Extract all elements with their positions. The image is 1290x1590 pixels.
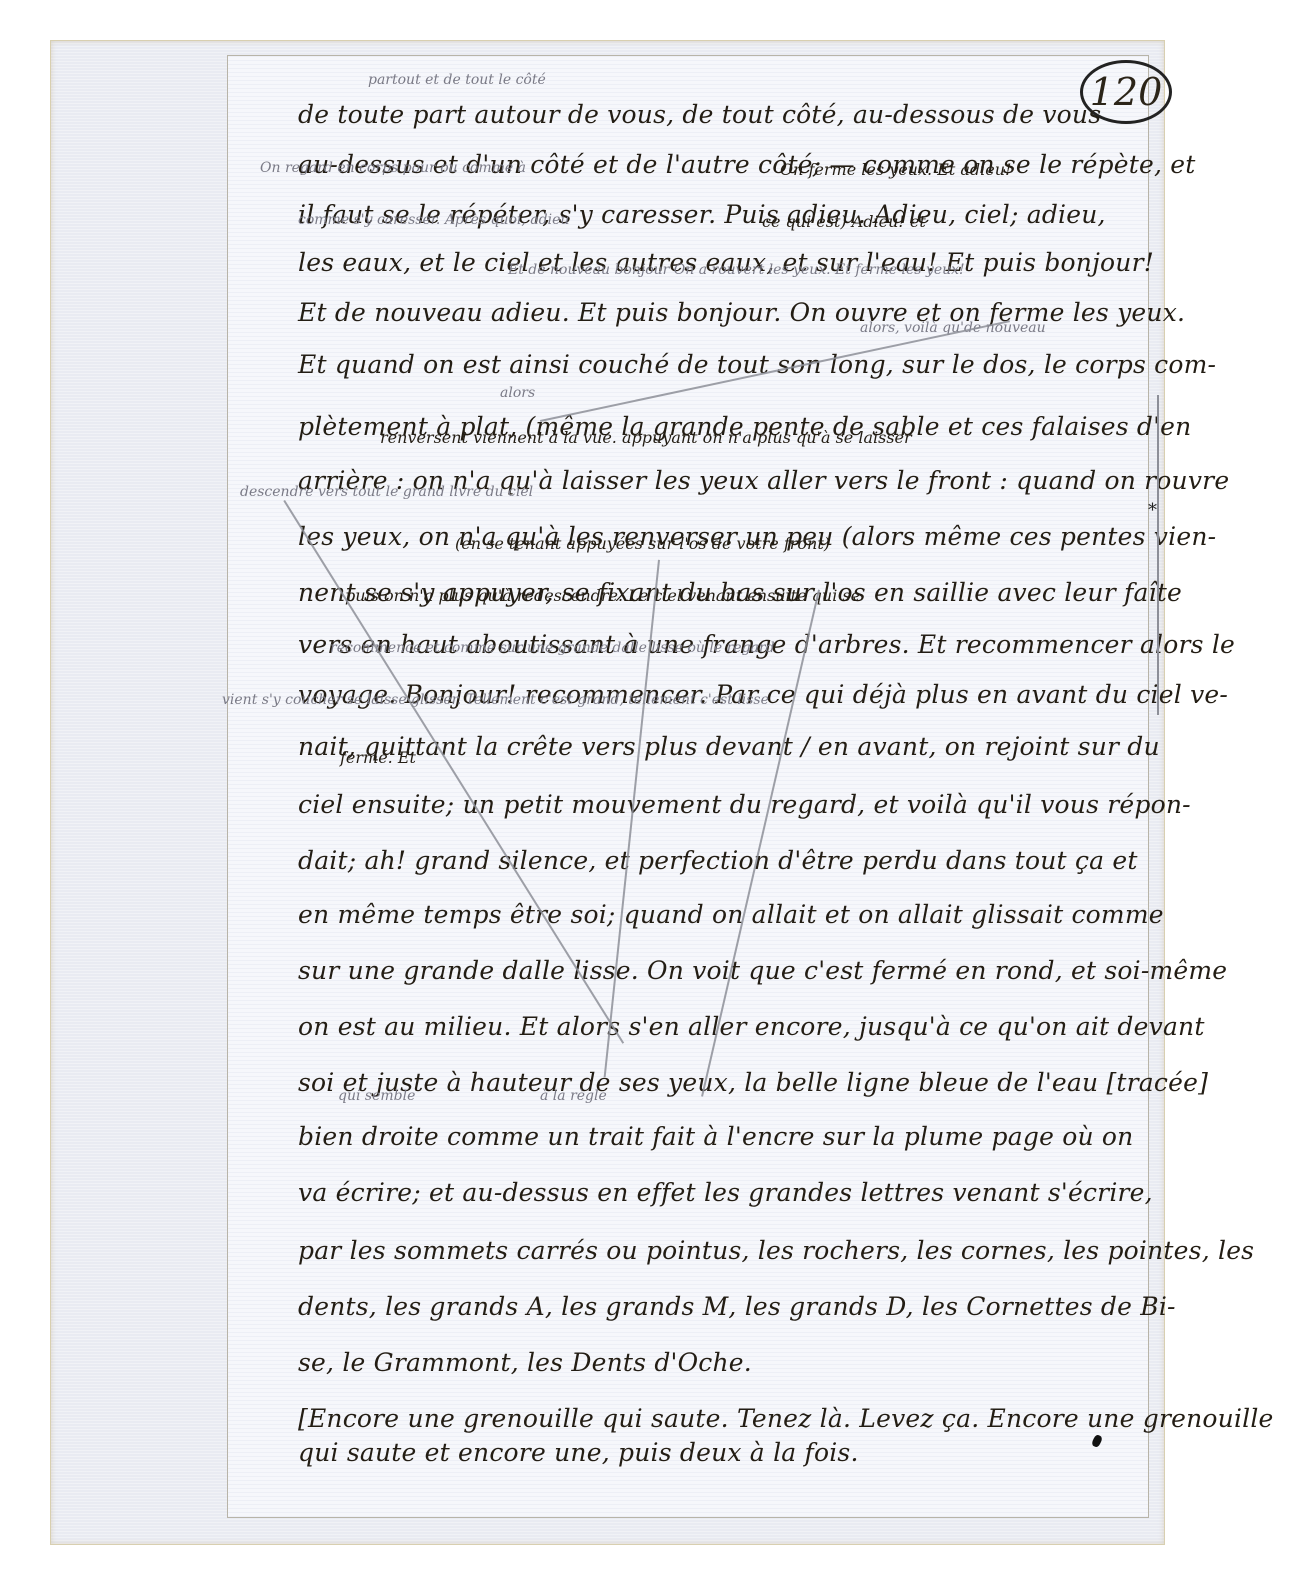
interlinear-note: fermé. Et [340,748,416,767]
interlinear-note: alors [500,385,535,401]
manuscript-line: va écrire; et au-dessus en effet les gra… [298,1178,1153,1207]
interlinear-note: comme s'y caresser. Après quoi, adieu [298,212,569,228]
interlinear-note: Et de nouveau bonjour On a rouvert les y… [508,262,965,278]
interlinear-note: puis on n'a plus qu'à redescendre. Le ci… [345,586,860,605]
asterisk-mark: * [1148,500,1157,521]
interlinear-note: qui semble [338,1088,415,1104]
interlinear-note: recommence et comme sur une grande dalle… [330,640,775,656]
manuscript-line: [Encore une grenouille qui saute. Tenez … [298,1404,1274,1433]
interlinear-note: On regard en corps pour ou comme à [260,160,526,176]
manuscript-line: bien droite comme un trait fait à l'encr… [298,1122,1133,1151]
interlinear-note: renversent viennent à la vue. appuyant o… [380,428,912,447]
manuscript-line: on est au milieu. Et alors s'en aller en… [298,1012,1205,1041]
manuscript-line: dents, les grands A, les grands M, les g… [298,1292,1176,1321]
interlinear-note: partout et de tout le côté [368,72,546,88]
manuscript-line: sur une grande dalle lisse. On voit que … [298,956,1227,985]
manuscript-line: ciel ensuite; un petit mouvement du rega… [298,790,1191,819]
manuscript-line: de toute part autour de vous, de tout cô… [298,100,1101,129]
manuscript-line: soi et juste à hauteur de ses yeux, la b… [298,1068,1208,1097]
manuscript-line: en même temps être soi; quand on allait … [298,900,1164,929]
manuscript-line: qui saute et encore une, puis deux à la … [298,1438,859,1467]
interlinear-note: vient s'y coucher se laisse glisser. Tel… [222,692,769,708]
interlinear-note: (en se tenant appuyées sur l'os de votre… [455,534,830,553]
interlinear-note: On ferme les yeux. Et adieu! [780,160,1011,179]
interlinear-note: ce qui est) Adieu! et [762,212,926,231]
right-margin-pencil-line [1157,395,1159,715]
manuscript-line: par les sommets carrés ou pointus, les r… [298,1236,1254,1265]
interlinear-note: à la règle [540,1088,607,1104]
manuscript-line: dait; ah! grand silence, et perfection d… [298,846,1138,875]
manuscript-line: nait, quittant la crête vers plus devant… [298,732,1160,761]
manuscript-line: Et de nouveau adieu. Et puis bonjour. On… [298,298,1185,327]
interlinear-note: descendre vers tout le grand livre du ci… [240,484,533,500]
manuscript-line: se, le Grammont, les Dents d'Oche. [298,1348,752,1377]
